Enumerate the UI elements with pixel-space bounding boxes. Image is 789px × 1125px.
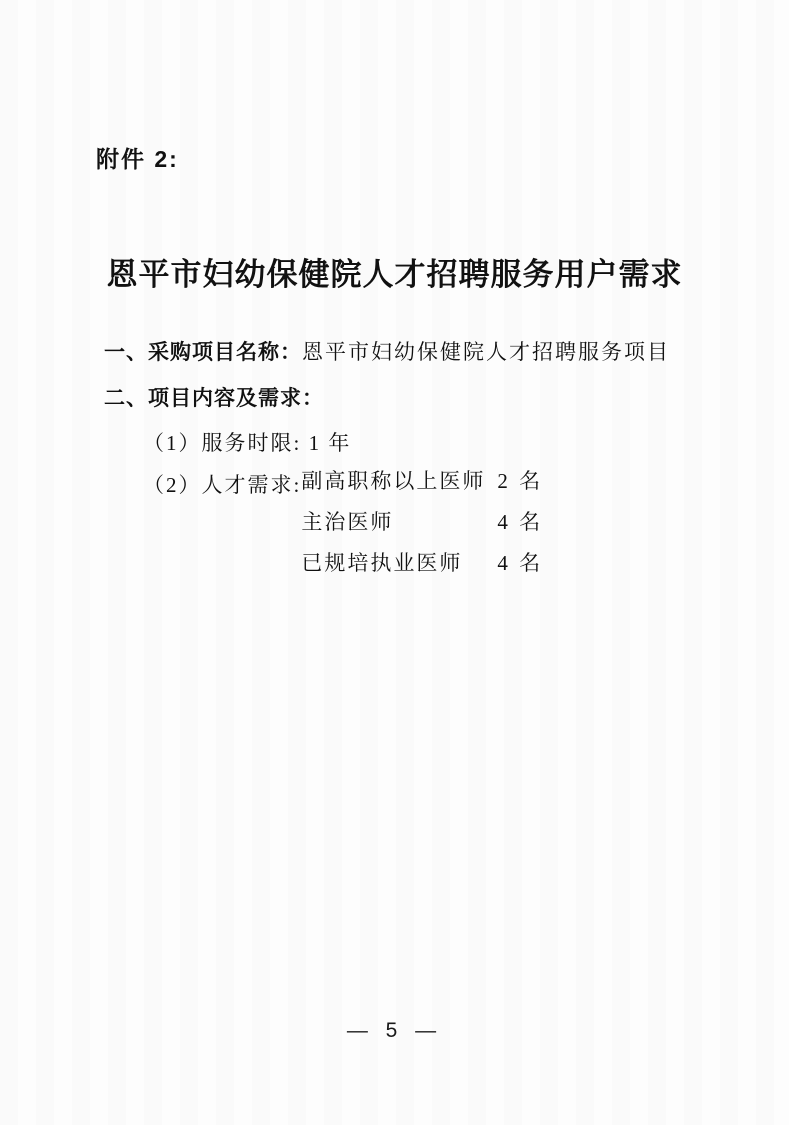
document-page: 附件 2: 恩平市妇幼保健院人才招聘服务用户需求 一、采购项目名称：恩平市妇幼保… — [0, 0, 789, 1125]
section-content-requirements: 二、项目内容及需求： — [104, 382, 324, 412]
page-title: 恩平市妇幼保健院人才招聘服务用户需求 — [0, 249, 789, 294]
requirement-count: 4 名 — [497, 510, 543, 551]
page-number: — 5 — — [0, 1019, 789, 1043]
table-row: 主治医师 4 名 — [301, 510, 543, 551]
item-service-duration: （1）服务时限: 1 年 — [143, 427, 351, 457]
table-row: 副高职称以上医师 2 名 — [301, 469, 543, 510]
requirement-role: 主治医师 — [301, 510, 497, 551]
section-2-label: 二、项目内容及需求： — [104, 387, 324, 410]
requirements-table: 副高职称以上医师 2 名 主治医师 4 名 已规培执业医师 4 名 — [301, 469, 543, 592]
requirement-role: 副高职称以上医师 — [301, 469, 497, 510]
section-procurement-name: 一、采购项目名称：恩平市妇幼保健院人才招聘服务项目 — [104, 336, 670, 366]
item-1-value: 1 年 — [309, 431, 352, 455]
requirement-count: 4 名 — [497, 551, 543, 592]
item-2-prefix: （2）人才需求: — [143, 469, 301, 499]
requirement-role: 已规培执业医师 — [301, 551, 497, 592]
section-1-label: 一、采购项目名称： — [104, 341, 302, 364]
item-1-prefix: （1）服务时限: — [143, 431, 309, 455]
item-talent-requirements: （2）人才需求: 副高职称以上医师 2 名 主治医师 4 名 已规培执业医师 4… — [143, 469, 543, 592]
attachment-label: 附件 2: — [96, 141, 179, 174]
table-row: 已规培执业医师 4 名 — [301, 551, 543, 592]
section-1-value: 恩平市妇幼保健院人才招聘服务项目 — [302, 340, 670, 364]
requirement-count: 2 名 — [497, 469, 543, 510]
